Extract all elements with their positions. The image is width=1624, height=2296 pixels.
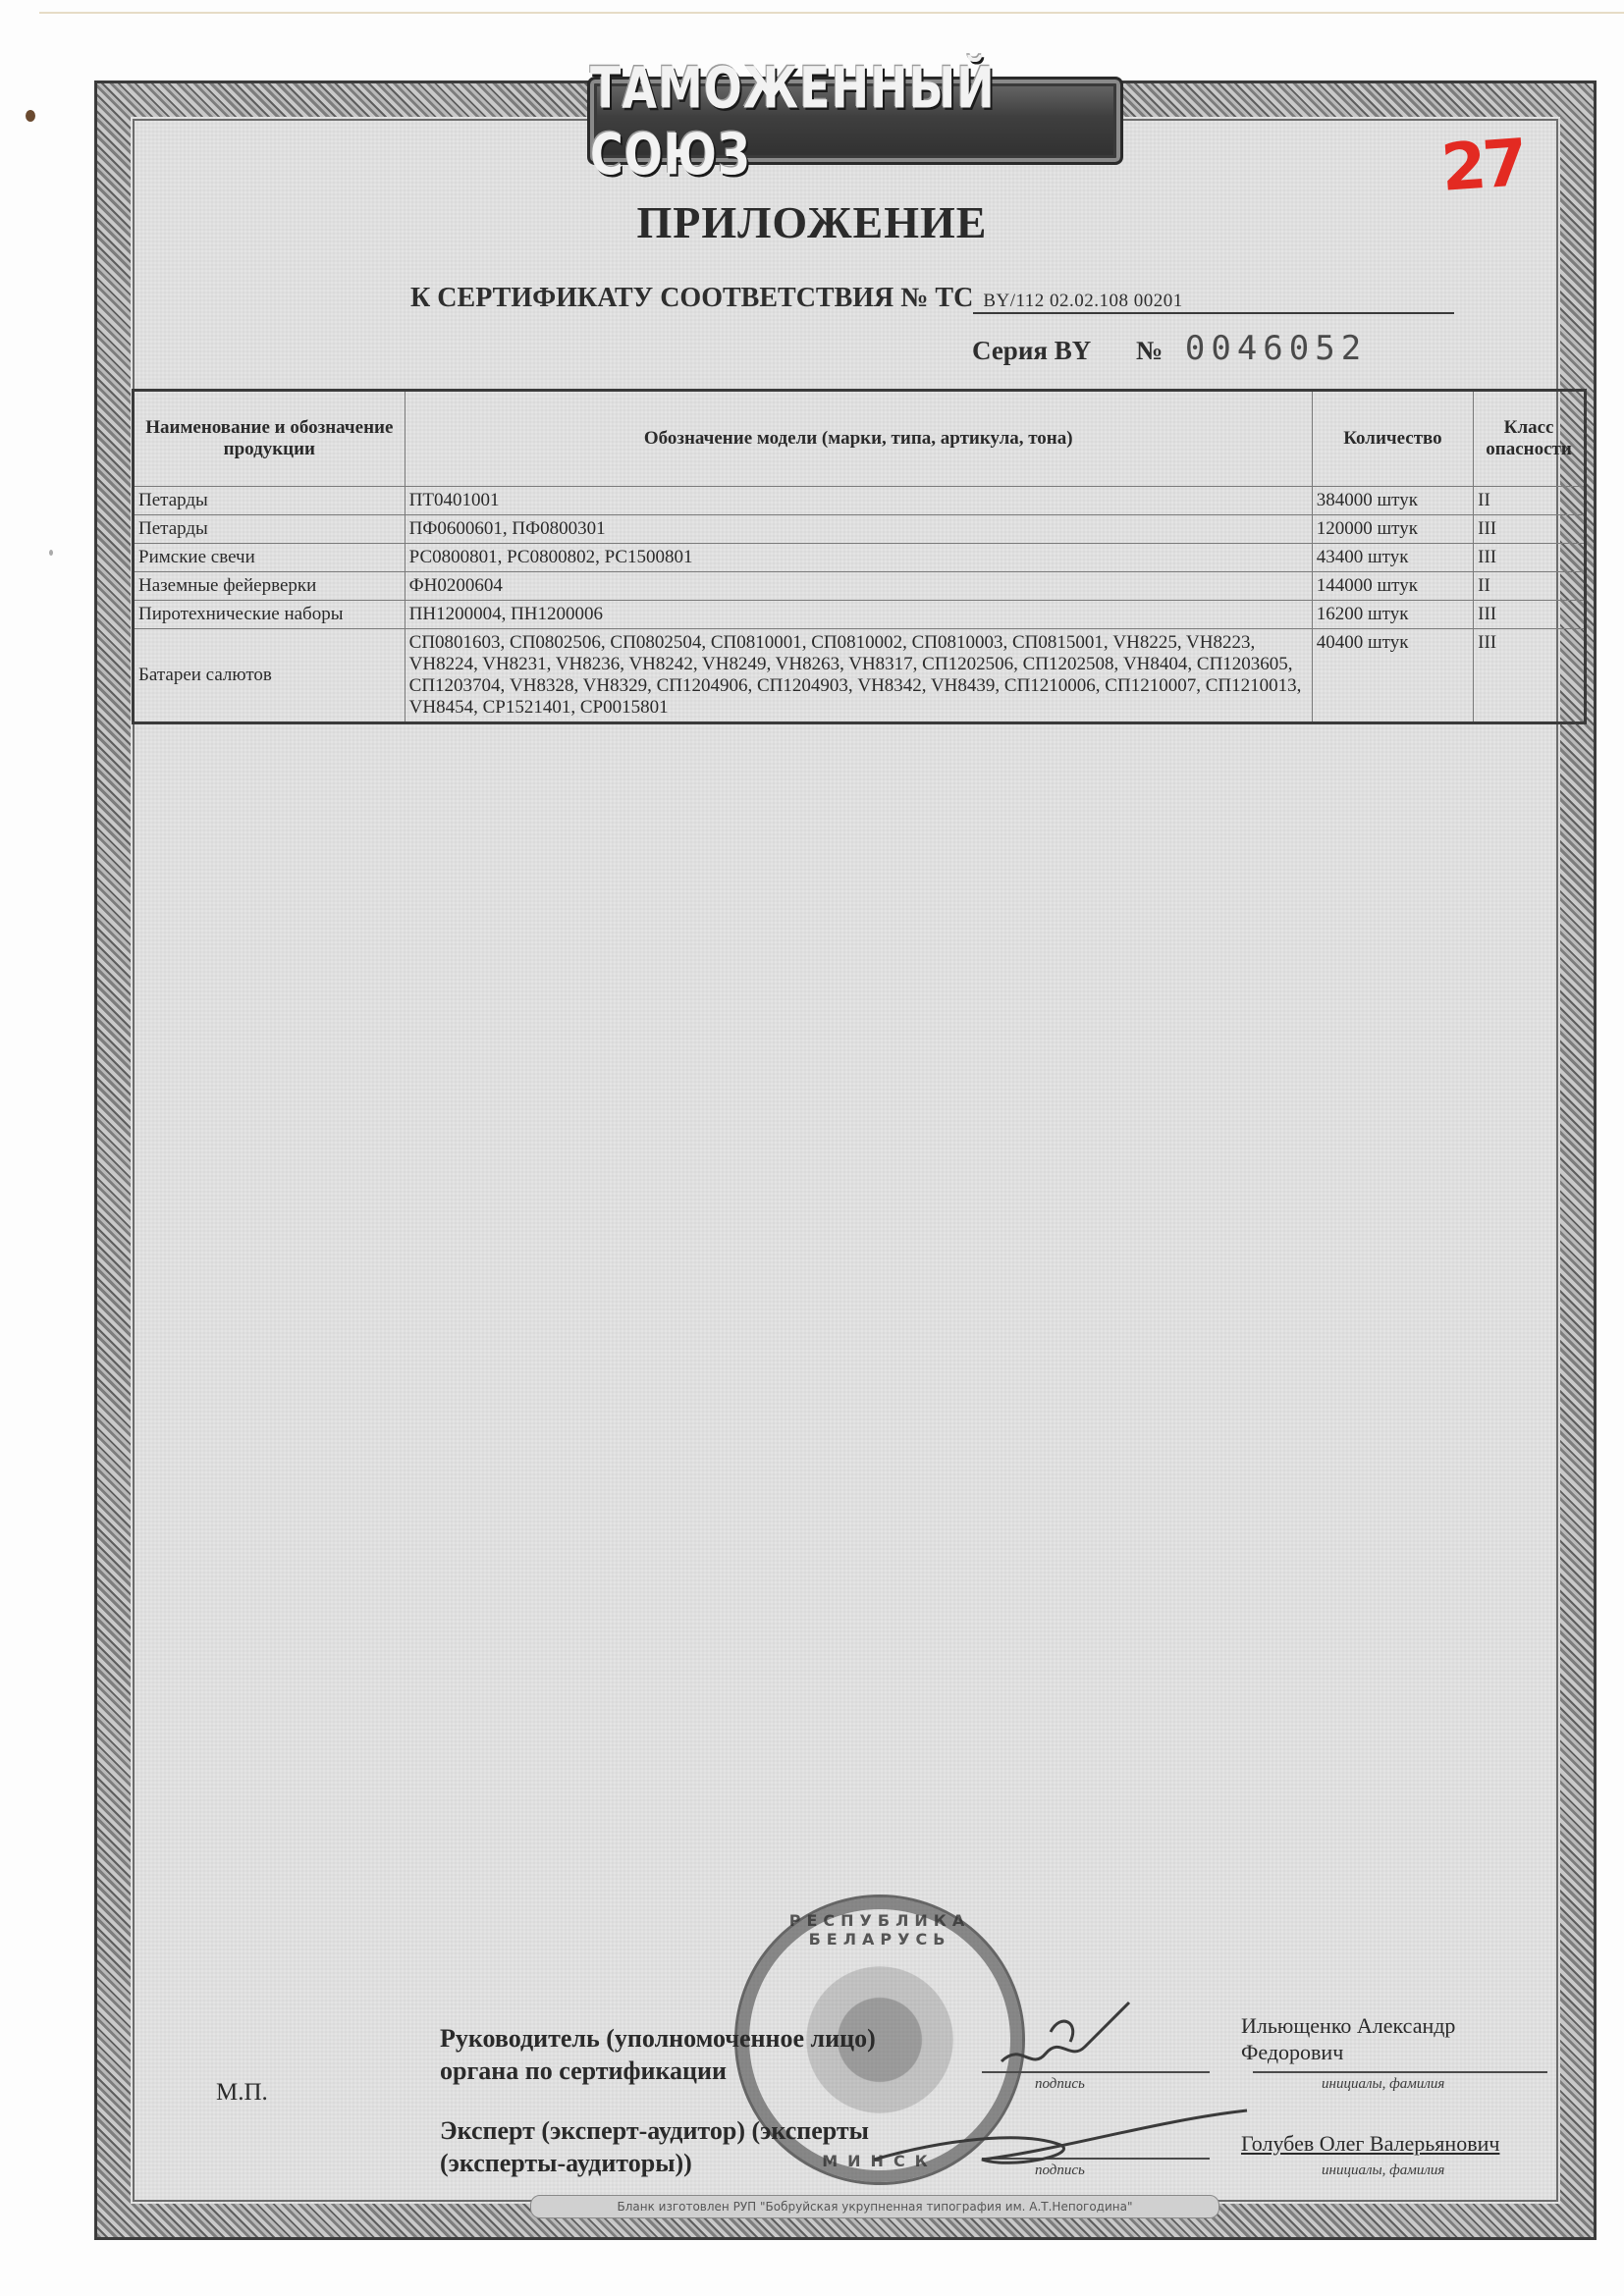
head-full-name: Ильющенко Александр Федорович (1241, 2012, 1496, 2065)
number-sign: № (1136, 336, 1163, 365)
stamp-place-label: М.П. (216, 2079, 268, 2107)
product-name-cell: Пиротехнические наборы (134, 601, 406, 629)
column-header-name: Наименование и обозначение продукции (134, 391, 406, 487)
column-header-quantity: Количество (1312, 391, 1473, 487)
hazard-class-cell: II (1474, 487, 1586, 515)
table-row: Пиротехнические наборыПН1200004, ПН12000… (134, 601, 1586, 629)
customs-union-ribbon: ТАМОЖЕННЫЙ СОЮЗ (587, 77, 1123, 165)
hazard-class-cell: III (1474, 629, 1586, 723)
quantity-cell: 43400 штук (1312, 544, 1473, 572)
column-header-model: Обозначение модели (марки, типа, артикул… (405, 391, 1312, 487)
printer-note: Бланк изготовлен РУП "Бобруйская укрупне… (530, 2195, 1219, 2218)
quantity-cell: 16200 штук (1312, 601, 1473, 629)
expert-signature-icon (864, 2101, 1257, 2179)
product-name-cell: Наземные фейерверки (134, 572, 406, 601)
model-designation-cell: ПФ0600601, ПФ0800301 (405, 515, 1312, 544)
document-title: ПРИЛОЖЕНИЕ (0, 196, 1624, 248)
quantity-cell: 40400 штук (1312, 629, 1473, 723)
table-row: ПетардыПТ0401001384000 штукII (134, 487, 1586, 515)
head-name-caption: инициалы, фамилия (1322, 2076, 1444, 2093)
ribbon-title: ТАМОЖЕННЫЙ СОЮЗ (590, 55, 1120, 187)
model-designation-cell: ПН1200004, ПН1200006 (405, 601, 1312, 629)
quantity-cell: 120000 штук (1312, 515, 1473, 544)
expert-full-name: Голубев Олег Валерьянович (1241, 2130, 1499, 2157)
hazard-class-cell: III (1474, 515, 1586, 544)
handwritten-page-mark: 27 (1438, 125, 1526, 206)
model-designation-cell: СП0801603, СП0802506, СП0802504, СП08100… (405, 629, 1312, 723)
seal-top-text: РЕСПУБЛИКА БЕЛАРУСЬ (737, 1911, 1022, 1949)
certificate-prefix: К СЕРТИФИКАТУ СООТВЕТСТВИЯ № ТС (410, 283, 973, 313)
head-signature-icon (992, 1993, 1139, 2081)
hazard-class-cell: II (1474, 572, 1586, 601)
table-row: Наземные фейерверкиФН0200604144000 штукI… (134, 572, 1586, 601)
quantity-cell: 144000 штук (1312, 572, 1473, 601)
table-row: ПетардыПФ0600601, ПФ0800301120000 штукII… (134, 515, 1586, 544)
expert-name-caption: инициалы, фамилия (1322, 2163, 1444, 2179)
products-table: Наименование и обозначение продукции Обо… (132, 389, 1587, 724)
model-designation-cell: РС0800801, РС0800802, РС1500801 (405, 544, 1312, 572)
series-line: Серия BY № 0046052 (972, 329, 1367, 368)
scan-edge-line (39, 12, 1624, 14)
model-designation-cell: ФН0200604 (405, 572, 1312, 601)
product-name-cell: Римские свечи (134, 544, 406, 572)
column-header-hazard-class: Класс опасности (1474, 391, 1586, 487)
hazard-class-cell: III (1474, 544, 1586, 572)
certificate-number: BY/112 02.02.108 00201 (973, 291, 1454, 314)
product-name-cell: Петарды (134, 515, 406, 544)
model-designation-cell: ПТ0401001 (405, 487, 1312, 515)
head-of-body-label: Руководитель (уполномоченное лицо) орган… (440, 2022, 892, 2087)
product-name-cell: Батареи салютов (134, 629, 406, 723)
quantity-cell: 384000 штук (1312, 487, 1473, 515)
series-number: 0046052 (1185, 329, 1367, 368)
scan-speck (49, 550, 53, 556)
scan-speck (26, 110, 35, 122)
expert-label: Эксперт (эксперт-аудитор) (эксперты (экс… (440, 2114, 901, 2179)
table-row: Батареи салютовСП0801603, СП0802506, СП0… (134, 629, 1586, 723)
series-label: Серия BY (972, 336, 1090, 365)
hazard-class-cell: III (1474, 601, 1586, 629)
head-name-line (1253, 2071, 1547, 2073)
table-row: Римские свечиРС0800801, РС0800802, РС150… (134, 544, 1586, 572)
product-name-cell: Петарды (134, 487, 406, 515)
certificate-reference: К СЕРТИФИКАТУ СООТВЕТСТВИЯ № ТСBY/112 02… (410, 283, 1454, 314)
table-header-row: Наименование и обозначение продукции Обо… (134, 391, 1586, 487)
